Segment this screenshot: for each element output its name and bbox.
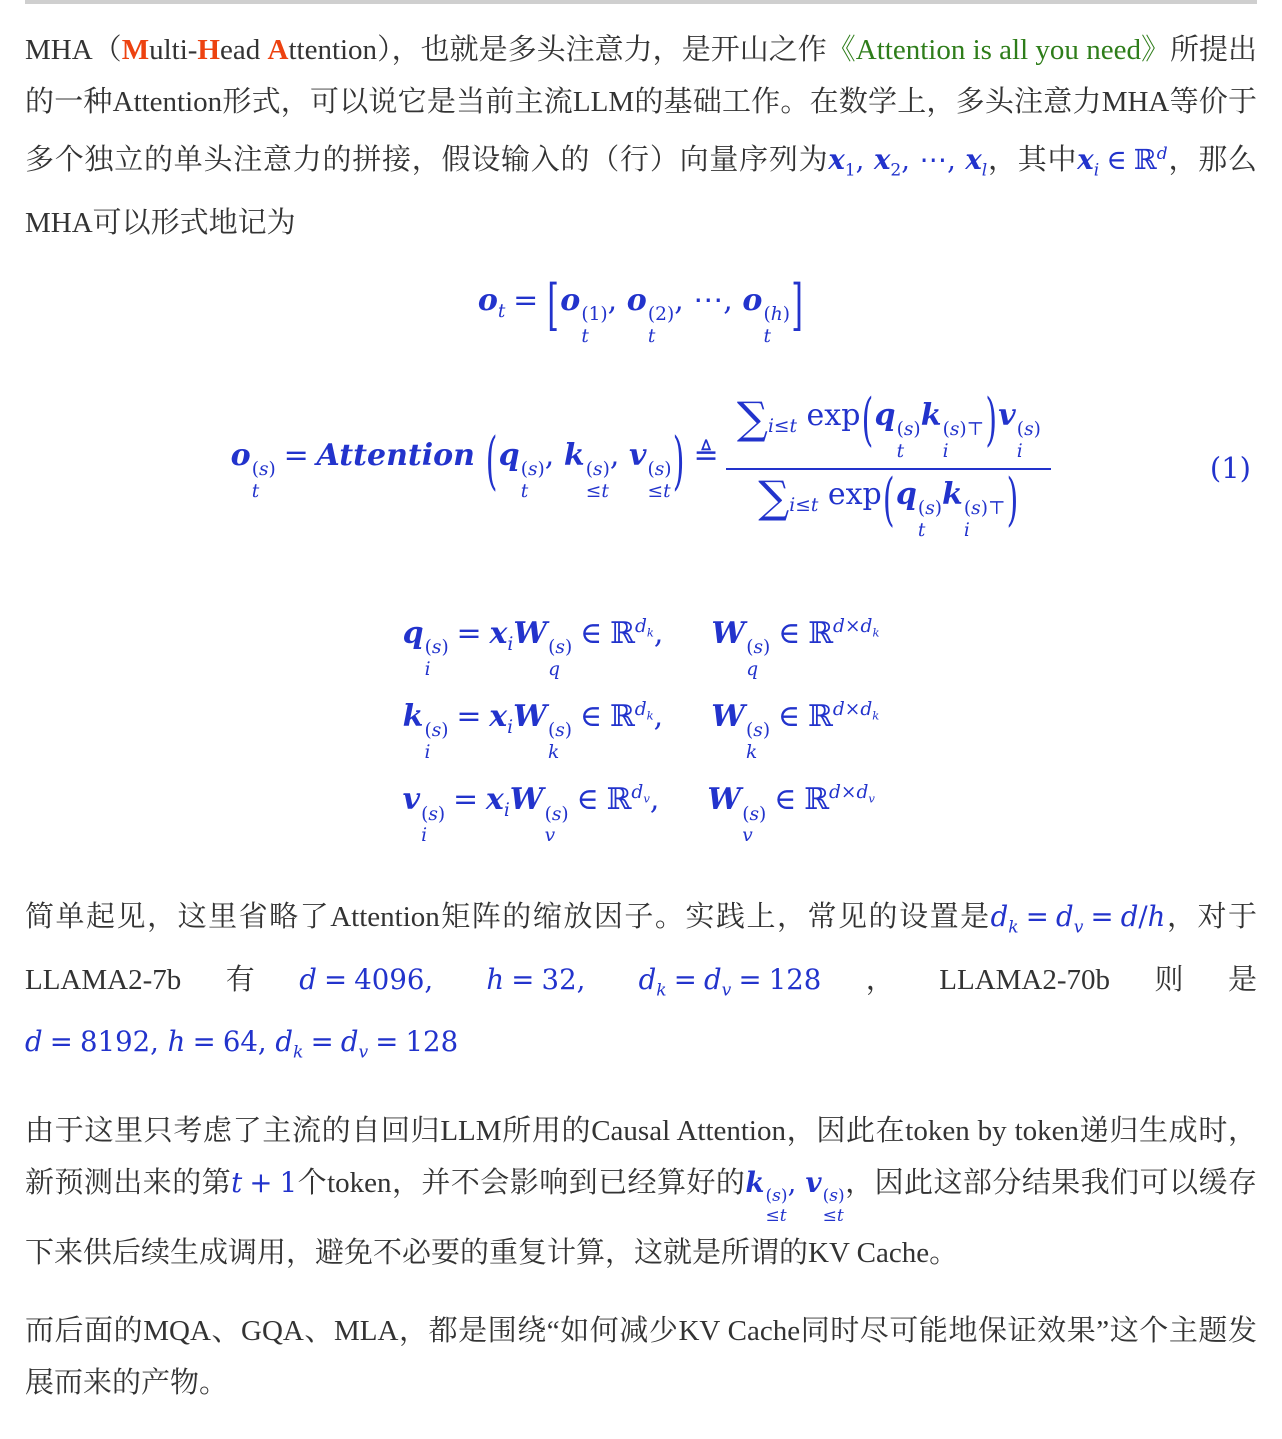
text-run: ttention），也就是多头注意力，是开山之作 <box>288 34 826 66</box>
text-run: ulti- <box>149 34 197 66</box>
highlight-letter: M <box>122 34 149 66</box>
paragraph-scaling-factor: 简单起见，这里省略了Attention矩阵的缩放因子。实践上，常见的设置是dk=… <box>25 891 1257 1079</box>
paragraph-mha-intro: MHA（Multi-Head Attention），也就是多头注意力，是开山之作… <box>25 24 1257 249</box>
top-divider <box>25 0 1257 4</box>
inline-math: xi∈ℝd <box>1077 144 1167 176</box>
inline-math: t+1 <box>231 1167 297 1199</box>
equation-qkv-lines: q(s)i=xiW(s)q∈ℝdk,W(s)q∈ℝd×dk k(s)i=xiW(… <box>403 598 880 847</box>
text-run: ，LLAMA2-70b则是 <box>821 964 1257 996</box>
equation-v-projection: v(s)i=xiW(s)v∈ℝdv,W(s)v∈ℝd×dv <box>403 764 880 847</box>
highlight-letter: A <box>268 34 289 66</box>
equation-k-projection: k(s)i=xiW(s)k∈ℝdk,W(s)k∈ℝd×dk <box>403 681 880 764</box>
text-run: ，其中 <box>987 144 1077 176</box>
inline-math: x1, x2, ⋯, xl <box>828 144 987 176</box>
text-run: ead <box>220 34 268 66</box>
article-body: MHA（Multi-Head Attention），也就是多头注意力，是开山之作… <box>0 0 1282 1439</box>
equation-attention-body: o(s)t=Attention (q(s)t, k(s)≤t, v(s)≤t)≜… <box>231 438 1052 473</box>
highlight-letter: H <box>197 34 220 66</box>
equation-mha-head-concat: ot=[o(1)t, o(2)t, ⋯, o(h)t] <box>25 281 1257 348</box>
text-run: 简单起见，这里省略了Attention矩阵的缩放因子。实践上，常见的设置是 <box>25 901 991 933</box>
text-run: MHA（ <box>25 34 122 66</box>
inline-math: k(s)≤t, v(s)≤t <box>745 1167 844 1199</box>
paragraph-kv-cache: 由于这里只考虑了主流的自回归LLM所用的Causal Attention，因此在… <box>25 1105 1257 1279</box>
equation-qkv-projections: q(s)i=xiW(s)q∈ℝdk,W(s)q∈ℝd×dk k(s)i=xiW(… <box>25 598 1257 847</box>
paragraph-mqa-gqa-mla: 而后面的MQA、GQA、MLA，都是围绕“如何减少KV Cache同时尽可能地保… <box>25 1305 1257 1409</box>
inline-math: d=4096, h=32, dk=dv=128 <box>299 964 821 996</box>
equation-number: (1) <box>1210 450 1251 488</box>
inline-math: d=8192, h=64, dk=dv=128 <box>25 1026 458 1058</box>
equation-q-projection: q(s)i=xiW(s)q∈ℝdk,W(s)q∈ℝd×dk <box>403 598 880 681</box>
text-run: 而后面的MQA、GQA、MLA，都是围绕“如何减少KV Cache同时尽可能地保… <box>25 1315 1257 1399</box>
inline-math: dk=dv=d/h <box>991 901 1166 933</box>
text-run: 个token，并不会影响到已经算好的 <box>297 1167 745 1199</box>
equation-attention-definition: o(s)t=Attention (q(s)t, k(s)≤t, v(s)≤t)≜… <box>25 382 1257 556</box>
attention-paper-link[interactable]: 《Attention is all you need》 <box>827 34 1170 66</box>
